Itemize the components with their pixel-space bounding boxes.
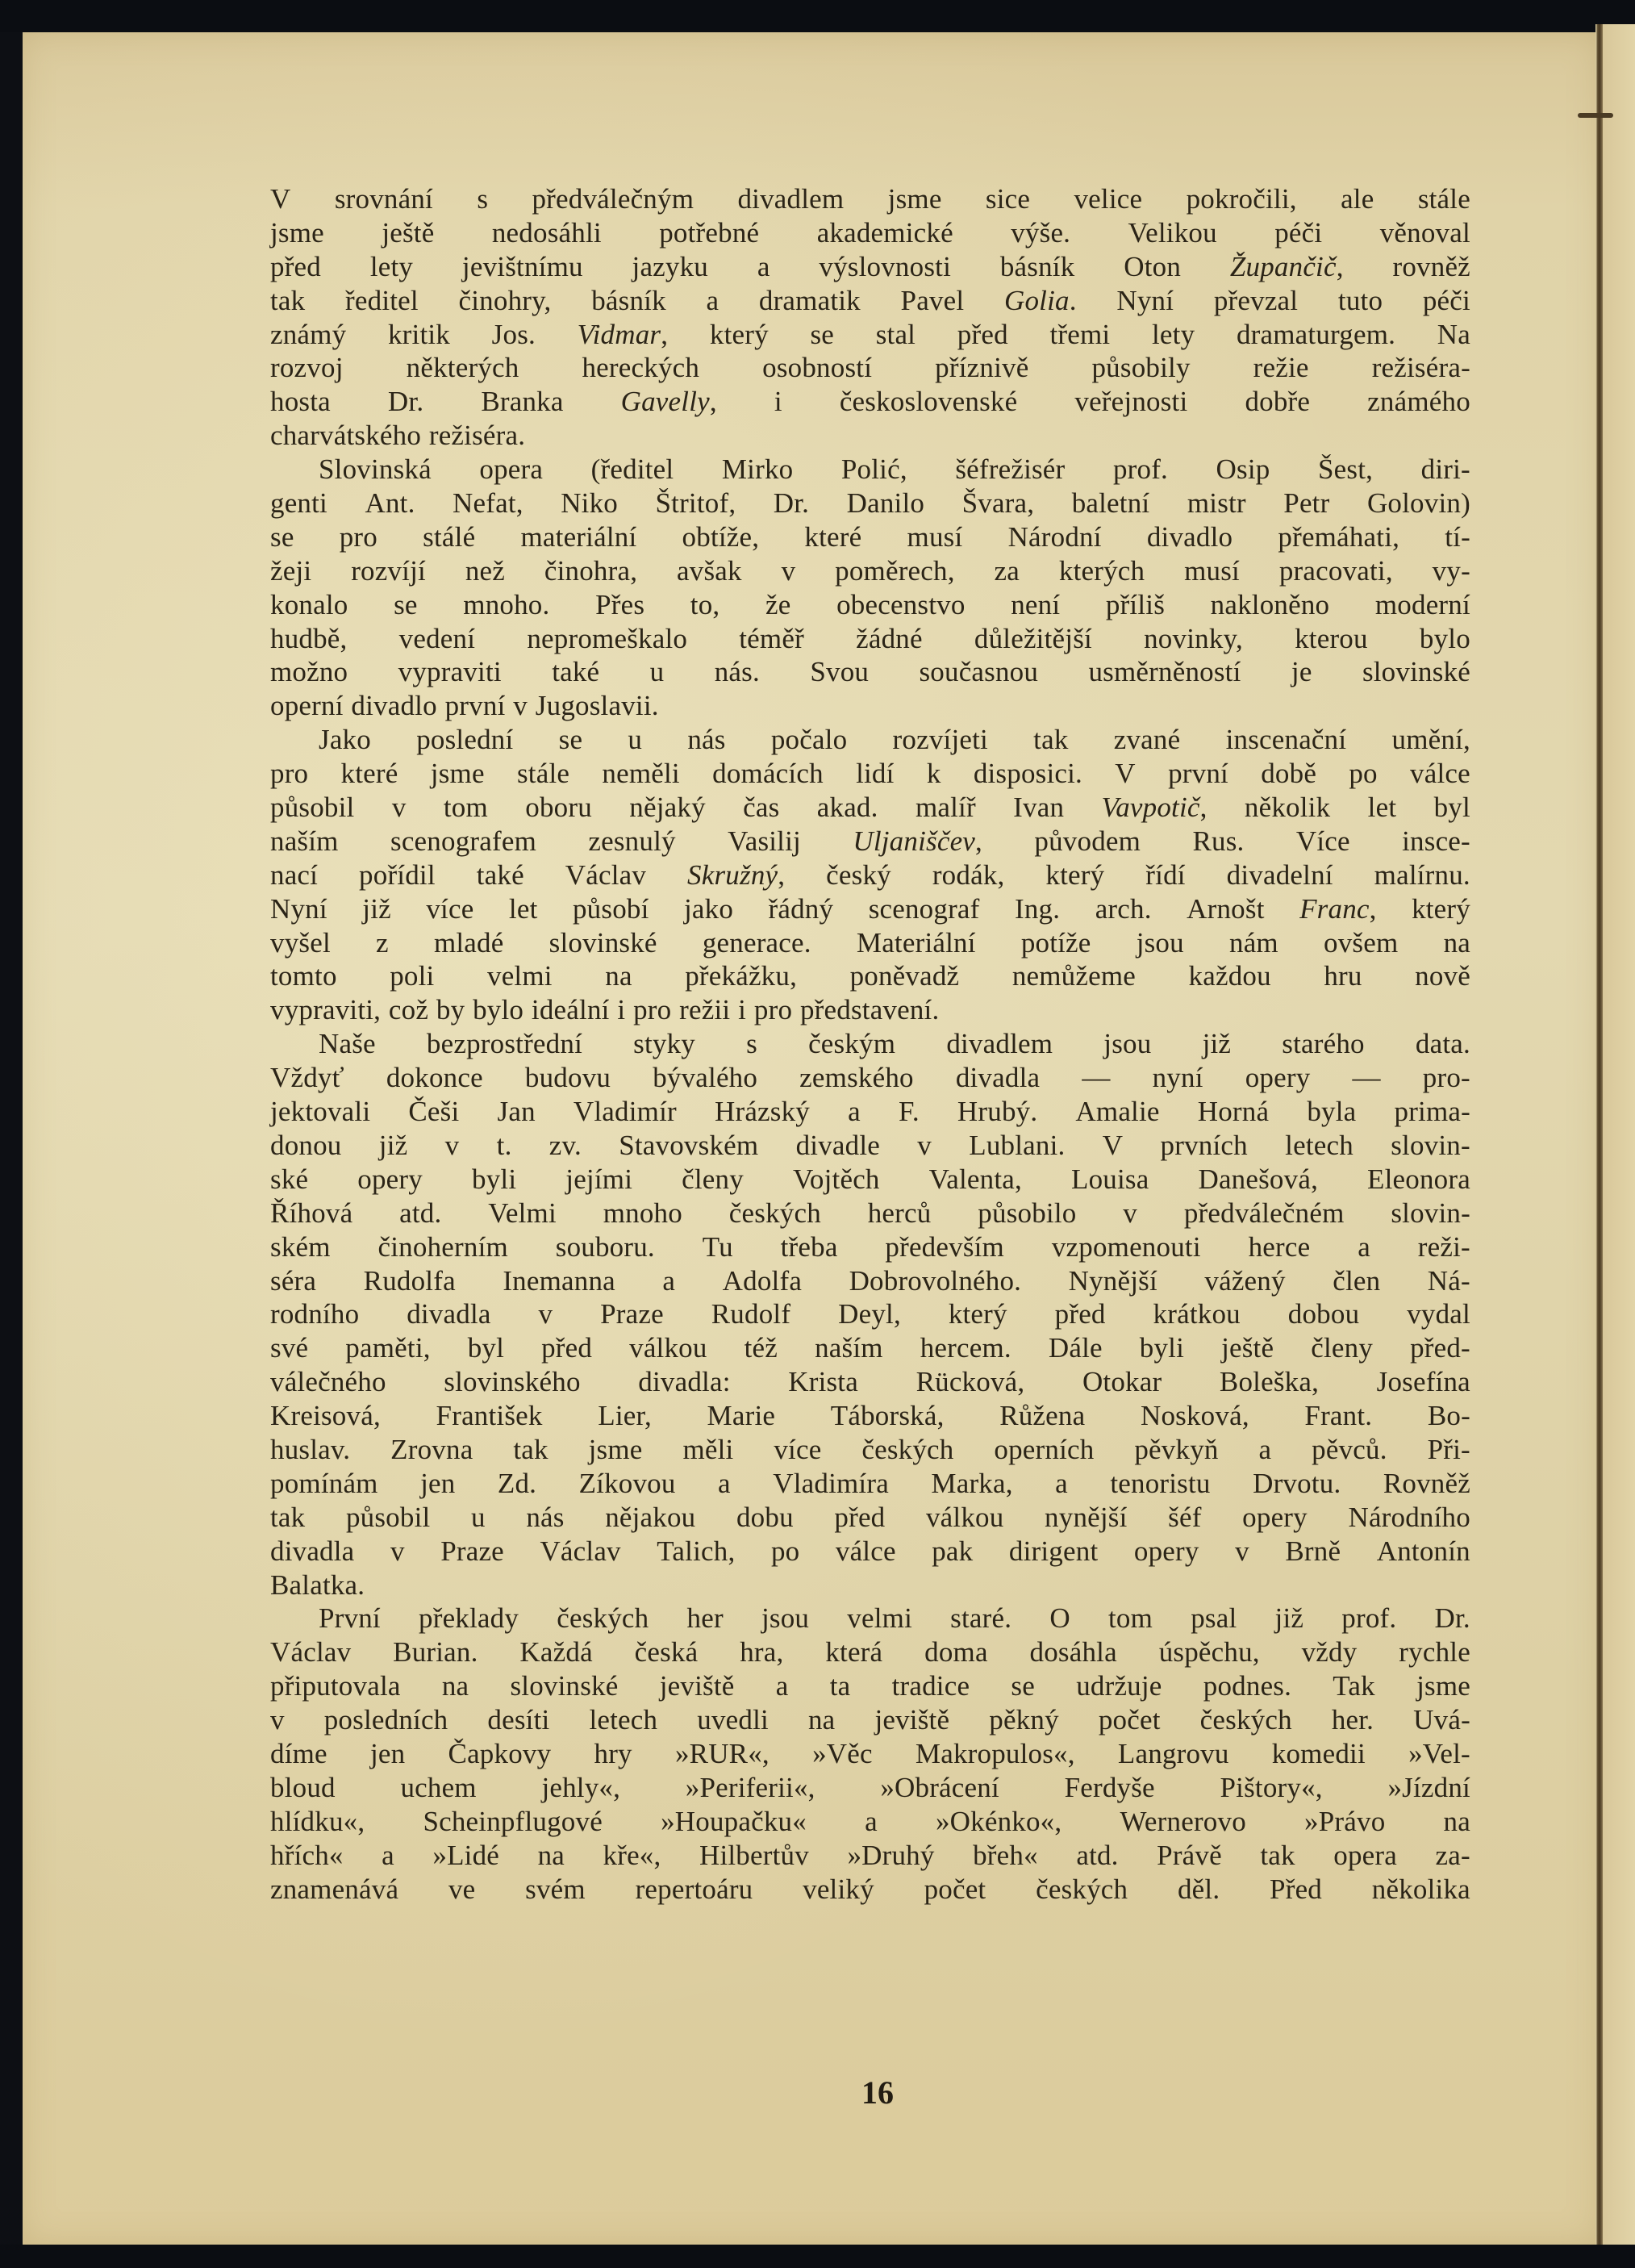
paragraph: Našebezprostřednístykysčeskýmdivadlemjso… — [270, 1027, 1470, 1602]
text-line: rozvojněkterýchhereckýchosobnostípřízniv… — [270, 351, 1470, 385]
paragraph: Slovinskáopera(ředitelMirkoPolić,šéfreži… — [270, 453, 1470, 723]
text-line: Vsrovnáníspředválečnýmdivadlemjsmesiceve… — [270, 182, 1470, 216]
text-line: blouduchemjehly«,»Periferii«,»ObráceníFe… — [270, 1771, 1470, 1805]
text-line: jsmeještěnedosáhlipotřebnéakademickévýše… — [270, 216, 1470, 250]
text-line: séraRudolfaInemannaaAdolfaDobrovolného.N… — [270, 1264, 1470, 1298]
text-line: Slovinskáopera(ředitelMirkoPolić,šéfreži… — [270, 453, 1470, 487]
paragraph: Vsrovnáníspředválečnýmdivadlemjsmesiceve… — [270, 182, 1470, 453]
binding-thread-mark — [1578, 113, 1613, 118]
adjacent-page-edge — [1603, 24, 1635, 2245]
page-number: 16 — [861, 2074, 894, 2111]
text-line: divadlavPrazeVáclavTalich,poválcepakdiri… — [270, 1535, 1470, 1568]
text-line: tomtopolivelminapřekážku,poněvadžnemůžem… — [270, 959, 1470, 993]
text-line: hudbě,vedenínepromeškalotéměřžádnédůleži… — [270, 622, 1470, 656]
text-line: NyníjižvíceletpůsobíjakořádnýscenografIn… — [270, 892, 1470, 926]
text-line: pomínámjenZd.ZíkovouaVladimíraMarka,aten… — [270, 1467, 1470, 1501]
body-text: Vsrovnáníspředválečnýmdivadlemjsmesiceve… — [270, 182, 1470, 1906]
scan-frame-top — [0, 0, 1635, 32]
text-line: prokteréjsmestálenemělidomácíchlidíkdisp… — [270, 757, 1470, 791]
text-line: takpůsobilunásnějakoudobupředválkounyněj… — [270, 1501, 1470, 1535]
text-line: vyšelzmladéslovinskégenerace.Materiálníp… — [270, 926, 1470, 960]
text-line: žejirozvíjínežčinohra,avšakvpoměrech,zak… — [270, 554, 1470, 588]
text-line: působilvtomoborunějakýčasakad.malířIvanV… — [270, 791, 1470, 825]
text-line: našímscenografemzesnulýVasilijUljaniščev… — [270, 825, 1470, 858]
text-line: známýkritikJos.Vidmar,kterýsestalpředtře… — [270, 318, 1470, 352]
book-page: Vsrovnáníspředválečnýmdivadlemjsmesiceve… — [23, 32, 1600, 2245]
text-line: VáclavBurian.Každáčeskáhra,kterádomadosá… — [270, 1635, 1470, 1669]
text-line: Vždyťdokoncebudovubývaléhozemskéhodivadl… — [270, 1061, 1470, 1095]
paragraph: Jakoposledníseunáspočalorozvíjetitakzvan… — [270, 723, 1470, 1027]
text-line: skéoperybylijejímičlenyVojtěchValenta,Lo… — [270, 1163, 1470, 1197]
text-line: Kreisová,FrantišekLier,MarieTáborská,Růž… — [270, 1399, 1470, 1433]
scan-frame-bottom — [0, 2245, 1635, 2268]
text-line: donoujižvt.zv.StavovskémdivadlevLublani.… — [270, 1129, 1470, 1163]
paragraph: Prvnípřekladyčeskýchherjsouvelmistaré.Ot… — [270, 1602, 1470, 1906]
text-line: konalosemnoho.Přesto,žeobecenstvonenípří… — [270, 588, 1470, 622]
text-line: skémčinohernímsouboru.Tutřebapředevšímvz… — [270, 1230, 1470, 1264]
text-line: nacípořídiltakéVáclavSkružný,českýrodák,… — [270, 858, 1470, 892]
text-line: takředitelčinohry,básníkadramatikPavelGo… — [270, 284, 1470, 318]
text-line: opernídivadloprvnívJugoslavii. — [270, 689, 1470, 723]
text-line: předletyjevištnímujazykuavýslovnostibásn… — [270, 250, 1470, 284]
text-line: jektovaliČešiJanVladimírHrázskýaF.Hrubý.… — [270, 1095, 1470, 1129]
text-line: svépaměti,bylpředválkoutéžnašímhercem.Dá… — [270, 1331, 1470, 1365]
text-line: charvátskéhorežiséra. — [270, 419, 1470, 453]
text-line: vposledníchdesítiletechuvedlinajevištěpě… — [270, 1703, 1470, 1737]
text-line: dímejenČapkovyhry»RUR«,»VěcMakropulos«,L… — [270, 1737, 1470, 1771]
text-line: rodníhodivadlavPrazeRudolfDeyl,kterýpřed… — [270, 1297, 1470, 1331]
text-line: Našebezprostřednístykysčeskýmdivadlemjso… — [270, 1027, 1470, 1061]
text-line: možnovypravititakéunás.Svousoučasnouusmě… — [270, 655, 1470, 689]
text-line: seprostálémateriálníobtíže,kterémusíNáro… — [270, 520, 1470, 554]
text-line: huslav.Zrovnatakjsmemělivícečeskýchopern… — [270, 1433, 1470, 1467]
text-line: Říhováatd.Velmimnohočeskýchhercůpůsobilo… — [270, 1197, 1470, 1230]
text-line: válečnéhoslovinskéhodivadla:KristaRückov… — [270, 1365, 1470, 1399]
text-line: vypraviti,cožbybyloideálníiprorežiiiprop… — [270, 993, 1470, 1027]
text-line: hřích«a»Lidénakře«,Hilbertův»Druhýbřeh«a… — [270, 1839, 1470, 1873]
text-line: hostaDr.BrankaGavelly,ičeskoslovenskéveř… — [270, 385, 1470, 419]
text-line: Balatka. — [270, 1568, 1470, 1602]
text-line: připutovalanaslovinskéjevištěatatradices… — [270, 1669, 1470, 1703]
text-line: gentiAnt.Nefat,NikoŠtritof,Dr.DaniloŠvar… — [270, 487, 1470, 520]
text-line: znamenávávesvémrepertoáruvelikýpočetčesk… — [270, 1873, 1470, 1907]
page-binding-edge — [1595, 24, 1603, 2245]
text-line: hlídku«,Scheinpflugové»Houpačku«a»Okénko… — [270, 1805, 1470, 1839]
text-line: Prvnípřekladyčeskýchherjsouvelmistaré.Ot… — [270, 1602, 1470, 1635]
text-line: Jakoposledníseunáspočalorozvíjetitakzvan… — [270, 723, 1470, 757]
